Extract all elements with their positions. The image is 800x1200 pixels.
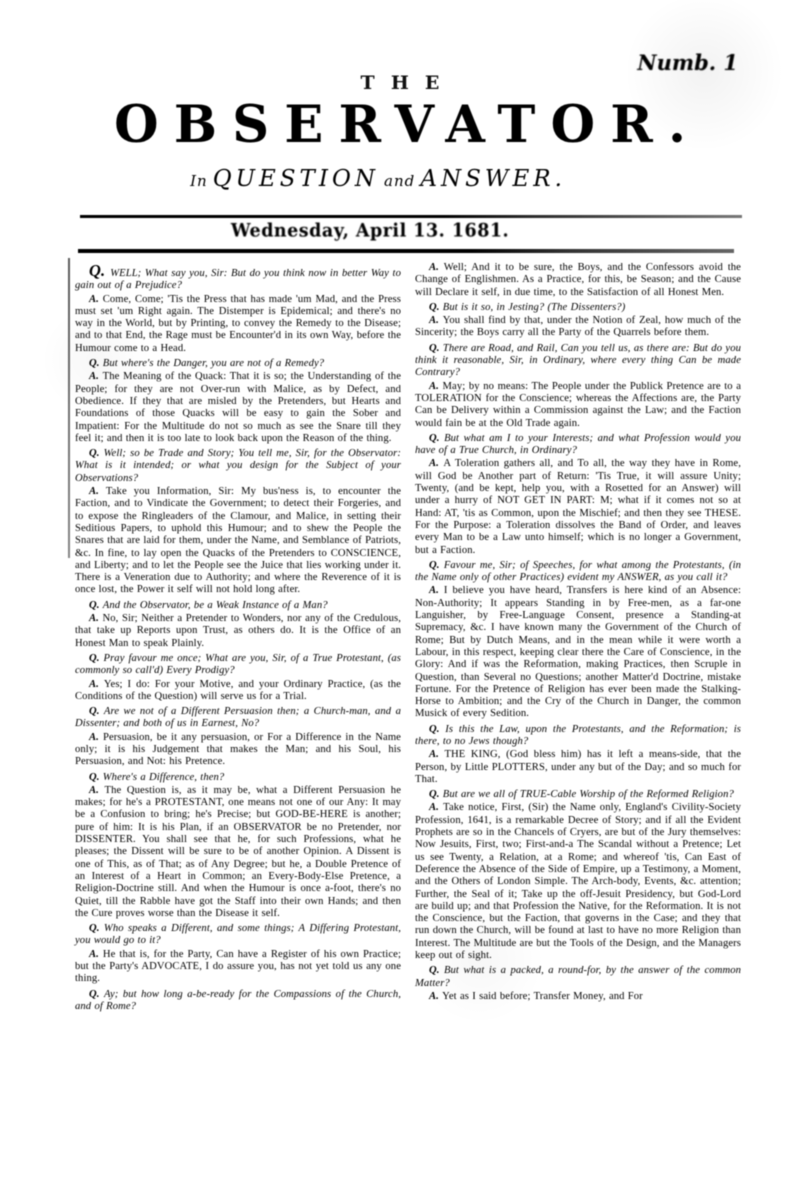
masthead-kicker: THE — [0, 72, 800, 94]
speaker-marker: Q. — [89, 261, 110, 280]
qa-paragraph: A. Take notice, First, (Sir) the Name on… — [415, 802, 741, 962]
speaker-marker: Q. — [429, 789, 443, 800]
speaker-marker: Q. — [429, 302, 443, 313]
speaker-marker: Q. — [429, 433, 444, 444]
speaker-marker: Q. — [89, 772, 103, 783]
dateline-rule-bottom — [78, 249, 734, 253]
speaker-marker: Q. — [89, 989, 104, 1000]
dateline: Wednesday, April 13. 1681. — [0, 221, 770, 242]
speaker-marker: A. — [429, 802, 443, 813]
masthead-title: OBSERVATOR. — [0, 95, 800, 155]
qa-paragraph: Q. Where's a Difference, then? — [75, 772, 401, 784]
speaker-marker: A. — [429, 585, 444, 596]
speaker-marker: A. — [429, 991, 442, 1002]
qa-paragraph: A. The Meaning of the Quack: That it is … — [75, 371, 401, 445]
speaker-marker: A. — [429, 458, 443, 469]
qa-paragraph: Q. But what is a packed, a round-for, by… — [415, 965, 741, 990]
qa-paragraph: Q. But are we all of TRUE-Cable Worship … — [415, 789, 741, 801]
qa-paragraph: A. Yet as I said before; Transfer Money,… — [415, 991, 741, 1003]
qa-paragraph: Q. Are we not of a Different Persuasion … — [75, 706, 401, 731]
speaker-marker: A. — [429, 315, 443, 326]
subtitle-word-answer: ANSWER. — [420, 166, 566, 192]
speaker-marker: A. — [89, 486, 106, 497]
qa-paragraph: A. The Question is, as it may be, what a… — [75, 785, 401, 920]
qa-paragraph: A. Persuasion, be it any persuasion, or … — [75, 732, 401, 769]
left-column: Q. WELL; What say you, Sir: But do you t… — [75, 262, 401, 1014]
qa-paragraph: A. THE KING, (God bless him) has it left… — [415, 749, 741, 786]
masthead-subtitle: In QUESTION and ANSWER. — [0, 166, 778, 192]
speaker-marker: Q. — [429, 724, 445, 735]
speaker-marker: A. — [89, 679, 104, 690]
qa-paragraph: A. A Toleration gathers all, and To all,… — [415, 458, 741, 556]
qa-paragraph: Q. Favour me, Sir; of Speeches, for what… — [415, 560, 741, 585]
subtitle-word-and: and — [384, 172, 415, 190]
qa-paragraph: A. Come, Come; 'Tis the Press that has m… — [75, 294, 401, 355]
speaker-marker: A. — [89, 371, 103, 382]
speaker-marker: Q. — [89, 923, 104, 934]
speaker-marker: A. — [429, 381, 443, 392]
qa-paragraph: Q. Who speaks a Different, and some thin… — [75, 923, 401, 948]
qa-paragraph: Q. There are Road, and Rail, Can you tel… — [415, 343, 741, 380]
qa-paragraph: A. Take you Information, Sir: My bus'nes… — [75, 486, 401, 597]
speaker-marker: Q. — [429, 560, 444, 571]
speaker-marker: Q. — [89, 358, 103, 369]
dateline-rule-top — [80, 215, 742, 218]
right-column: A. Well; And it to be sure, the Boys, an… — [415, 262, 741, 1014]
speaker-marker: A. — [429, 262, 444, 273]
speaker-marker: A. — [429, 749, 444, 760]
speaker-marker: A. — [89, 949, 103, 960]
speaker-marker: Q. — [429, 965, 444, 976]
qa-paragraph: A. Well; And it to be sure, the Boys, an… — [415, 262, 741, 299]
qa-paragraph: A. Yes; I do: For your Motive, and your … — [75, 679, 401, 704]
qa-paragraph: A. I believe you have heard, Transfers i… — [415, 585, 741, 720]
qa-paragraph: A. May; by no means: The People under th… — [415, 381, 741, 430]
speaker-marker: Q. — [89, 600, 103, 611]
speaker-marker: Q. — [89, 706, 104, 717]
qa-paragraph: Q. But where's the Danger, you are not o… — [75, 358, 401, 370]
qa-paragraph: Q. Well; so be Trade and Story; You tell… — [75, 448, 401, 485]
speaker-marker: A. — [89, 732, 103, 743]
subtitle-word-in: In — [190, 172, 208, 190]
speaker-marker: A. — [89, 785, 105, 796]
qa-paragraph: Q. But what am I to your Interests; and … — [415, 433, 741, 458]
scan-artifact-line — [68, 258, 70, 558]
qa-paragraph: A. No, Sir; Neither a Pretender to Wonde… — [75, 613, 401, 650]
qa-paragraph: Q. But is it so, in Jesting? (The Dissen… — [415, 302, 741, 314]
qa-paragraph: Q. Pray favour me once; What are you, Si… — [75, 653, 401, 678]
body-columns: Q. WELL; What say you, Sir: But do you t… — [75, 262, 741, 1014]
speaker-marker: Q. — [89, 448, 104, 459]
qa-paragraph: A. He that is, for the Party, Can have a… — [75, 949, 401, 986]
qa-paragraph: A. You shall find by that, under the Not… — [415, 315, 741, 340]
newspaper-page: Numb. 1 THE OBSERVATOR. In QUESTION and … — [0, 0, 800, 1200]
speaker-marker: Q. — [89, 653, 104, 664]
qa-paragraph: Q. Is this the Law, upon the Protestants… — [415, 724, 741, 749]
qa-paragraph: Q. WELL; What say you, Sir: But do you t… — [75, 265, 401, 293]
speaker-marker: A. — [89, 294, 103, 305]
qa-paragraph: Q. Ay; but how long a-be-ready for the C… — [75, 989, 401, 1014]
speaker-marker: A. — [89, 613, 103, 624]
subtitle-word-question: QUESTION — [213, 166, 379, 192]
qa-paragraph: Q. And the Observator, be a Weak Instanc… — [75, 600, 401, 612]
speaker-marker: Q. — [429, 343, 443, 354]
